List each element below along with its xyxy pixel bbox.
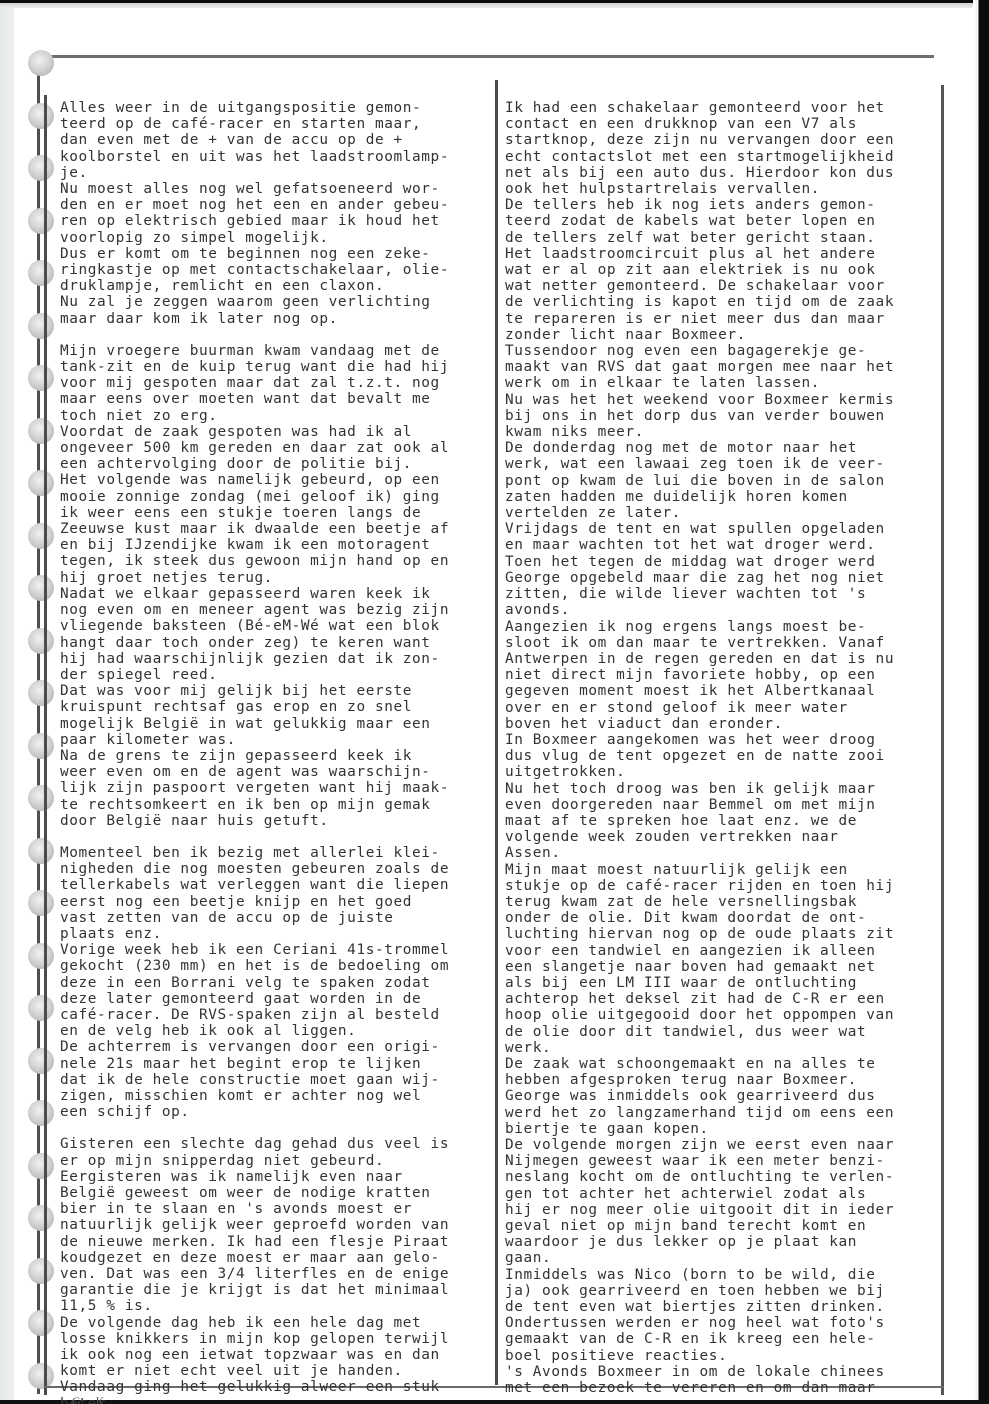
top-rule: [34, 55, 934, 58]
text-line: 's Avonds Boxmeer in om de lokale chinee…: [505, 1364, 929, 1380]
text-line: maakt van RVS dat gaat morgen mee naar h…: [505, 359, 929, 375]
paragraph: De volgende dag heb ik een hele dag metl…: [60, 1315, 484, 1380]
paragraph: De tellers heb ik nog iets anders gemon-…: [505, 197, 929, 246]
paragraph: Voordat de zaak gespoten was had ik alon…: [60, 424, 484, 473]
text-line: waardoor je dus lekker op je plaat kan: [505, 1234, 929, 1250]
paragraph: Nu zal je zeggen waarom geen verlichting…: [60, 294, 484, 326]
paragraph: Gisteren een slechte dag gehad dus veel …: [60, 1136, 484, 1168]
paragraph: Het laadstroomcircuit plus al het andere…: [505, 246, 929, 343]
text-line: 11,5 % is.: [60, 1298, 484, 1314]
paragraph: Vrijdags de tent en wat spullen opgelade…: [505, 521, 929, 618]
text-line: dus vlug de tent opgezet en de natte zoo…: [505, 748, 929, 764]
scan-edge-left: [0, 0, 14, 1404]
binding-ring: [28, 890, 54, 916]
text-line: terug kwam zat de hele versnellingsbak: [505, 894, 929, 910]
column-frame-right: [941, 85, 944, 1395]
text-line: Toen het tegen de middag wat droger werd: [505, 554, 929, 570]
text-line: startknop, deze zijn nu vervangen door e…: [505, 132, 929, 148]
binding-ring: [28, 103, 54, 129]
text-line: hangt daar toch onder zeg) te keren want: [60, 635, 484, 651]
text-line: koudgezet en deze moest er maar aan gelo…: [60, 1250, 484, 1266]
text-line: net als bij een auto dus. Hierdoor kon d…: [505, 165, 929, 181]
text-line: je.: [60, 165, 484, 181]
text-line: Vandaag ging het gelukkig alweer een stu…: [60, 1379, 484, 1395]
text-line: ja) ook gearriveerd en toen hebben we bi…: [505, 1283, 929, 1299]
binding-ring: [28, 1205, 54, 1231]
text-line: Dat was voor mij gelijk bij het eerste: [60, 683, 484, 699]
text-line: De zaak wat schoongemaakt en na alles te: [505, 1056, 929, 1072]
text-line: kruispunt rechtsaf gas erop en zo snel: [60, 699, 484, 715]
text-line: niet direct mijn favoriete hobby, op een: [505, 667, 929, 683]
text-line: mogelijk België in wat gelukkig maar een: [60, 716, 484, 732]
text-line: nigheden die nog moesten gebeuren zoals …: [60, 861, 484, 877]
binding-ring: [28, 1258, 54, 1284]
paragraph: In Boxmeer aangekomen was het weer droog…: [505, 732, 929, 781]
text-line: teerd zodat de kabels wat beter lopen en: [505, 213, 929, 229]
text-line: den en er moet nog het een en ander gebe…: [60, 197, 484, 213]
text-line: Alles weer in de uitgangspositie gemon-: [60, 100, 484, 116]
text-line: ren op elektrisch gebied maar ik houd he…: [60, 213, 484, 229]
text-line: uitgetrokken.: [505, 764, 929, 780]
text-line: teerd op de café-racer en starten maar,: [60, 116, 484, 132]
text-line: café-racer. De RVS-spaken zijn al bestel…: [60, 1007, 484, 1023]
text-line: België geweest om weer de nodige kratten: [60, 1185, 484, 1201]
text-line: achterop het deksel zit had de C-R er ee…: [505, 991, 929, 1007]
text-line: losse knikkers in mijn kop gelopen terwi…: [60, 1331, 484, 1347]
paragraph: Ondertussen werden er nog heel wat foto'…: [505, 1315, 929, 1364]
text-line: boel positieve reacties.: [505, 1348, 929, 1364]
paragraph: Het volgende was namelijk gebeurd, op ee…: [60, 472, 484, 585]
paragraph: 's Avonds Boxmeer in om de lokale chinee…: [505, 1364, 929, 1396]
text-line: ven. Dat was een 3/4 literfles en de eni…: [60, 1266, 484, 1282]
text-line: contact en een drukknop van een V7 als: [505, 116, 929, 132]
text-line: Nu zal je zeggen waarom geen verlichting: [60, 294, 484, 310]
text-line: Momenteel ben ik bezig met allerlei klei…: [60, 845, 484, 861]
paragraph: Inmiddels was Nico (born to be wild, die…: [505, 1267, 929, 1316]
text-line: Inmiddels was Nico (born to be wild, die: [505, 1267, 929, 1283]
text-line: neslang kocht om de ontluchting te verle…: [505, 1169, 929, 1185]
text-line: een slangetje naar boven had gemaakt net: [505, 959, 929, 975]
text-line: Ik had een schakelaar gemonteerd voor he…: [505, 100, 929, 116]
text-line: onder de olie. Dit kwam doordat de ont-: [505, 910, 929, 926]
paragraph: Na de grens te zijn gepasseerd keek ikwe…: [60, 748, 484, 829]
text-line: de olie door dit tandwiel, dus weer wat: [505, 1024, 929, 1040]
text-line: deze in een Borrani velg te spaken zodat: [60, 975, 484, 991]
text-line: mooie zonnige zondag (mei geloof ik) gin…: [60, 489, 484, 505]
binding-ring: [28, 943, 54, 969]
paragraph: Ik had een schakelaar gemonteerd voor he…: [505, 100, 929, 197]
text-line: voor een tandwiel en aangezien ik alleen: [505, 943, 929, 959]
text-line: voor mij gespoten maar dat zal t.z.t. no…: [60, 375, 484, 391]
binding-ring: [28, 1153, 54, 1179]
text-line: ik weer eens een stukje toeren langs de: [60, 505, 484, 521]
text-line: beter.: [60, 1396, 484, 1404]
binding-ring: [28, 313, 54, 339]
paragraph: De volgende morgen zijn we eerst even na…: [505, 1137, 929, 1267]
text-line: tegen, ik steek dus gewoon mijn hand op …: [60, 553, 484, 569]
text-line: wat netter gemonteerd. De schakelaar voo…: [505, 278, 929, 294]
text-line: garantie die je krijgt is dat het minima…: [60, 1282, 484, 1298]
column-frame-left: [44, 95, 47, 1395]
text-line: er op mijn snipperdag niet gebeurd.: [60, 1153, 484, 1169]
text-line: hij groet netjes terug.: [60, 570, 484, 586]
text-line: te rechtsomkeert en ik ben op mijn gemak: [60, 797, 484, 813]
binding-ring: [28, 838, 54, 864]
text-line: zitten, die wilde liever wachten tot 's: [505, 586, 929, 602]
paragraph: Mijn maat moest natuurlijk gelijk eenstu…: [505, 862, 929, 1056]
text-line: lijk zijn paspoort vergeten want hij maa…: [60, 780, 484, 796]
text-line: gekocht (230 mm) en het is de bedoeling …: [60, 958, 484, 974]
binding-ring: [28, 628, 54, 654]
text-line: volgende week zouden vertrekken naar: [505, 829, 929, 845]
text-line: De achterrem is vervangen door een origi…: [60, 1039, 484, 1055]
text-line: Vorige week heb ik een Ceriani 41s-tromm…: [60, 942, 484, 958]
binding-ring: [28, 155, 54, 181]
text-line: en maar wachten tot het wat droger werd.: [505, 537, 929, 553]
text-line: dan even met de + van de accu op de +: [60, 132, 484, 148]
text-line: Vrijdags de tent en wat spullen opgelade…: [505, 521, 929, 537]
text-line: kwam niks meer.: [505, 424, 929, 440]
scan-edge-right: [973, 0, 989, 1404]
text-line: plaats enz.: [60, 926, 484, 942]
binding-ring: [28, 1310, 54, 1336]
text-line: vast zetten van de accu op de juiste: [60, 910, 484, 926]
text-line: hij er nog meer olie uitgooit dit in ied…: [505, 1202, 929, 1218]
text-line: paar kilometer was.: [60, 732, 484, 748]
text-line: Voordat de zaak gespoten was had ik al: [60, 424, 484, 440]
binding-ring: [28, 575, 54, 601]
paragraph: De zaak wat schoongemaakt en na alles te…: [505, 1056, 929, 1137]
text-line: Na de grens te zijn gepasseerd keek ik: [60, 748, 484, 764]
column-divider: [495, 80, 498, 1385]
text-line: deze later gemonteerd gaat worden in de: [60, 991, 484, 1007]
text-line: over en er stond geloof ik meer water: [505, 700, 929, 716]
text-line: Ondertussen werden er nog heel wat foto'…: [505, 1315, 929, 1331]
text-line: George was inmiddels ook gearriveerd dus: [505, 1088, 929, 1104]
text-line: door België naar huis getuft.: [60, 813, 484, 829]
text-line: weer even om en de agent was waarschijn-: [60, 764, 484, 780]
text-line: vertelden ze later.: [505, 505, 929, 521]
paragraph: Aangezien ik nog ergens langs moest be-s…: [505, 619, 929, 732]
text-line: sloot ik om dan maar te vertrekken. Vana…: [505, 635, 929, 651]
text-line: en bij IJzendijke kwam ik een motoragent: [60, 537, 484, 553]
paragraph: Nu moest alles nog wel gefatsoeneerd wor…: [60, 181, 484, 246]
text-line: ik ook nog een ietwat topzwaar was en da…: [60, 1347, 484, 1363]
text-line: luchting hiervan nog op de oude plaats z…: [505, 926, 929, 942]
text-line: werk om in elkaar te laten lassen.: [505, 375, 929, 391]
text-line: bier in te slaan en 's avonds moest er: [60, 1201, 484, 1217]
text-line: de tent even wat biertjes zitten drinken…: [505, 1299, 929, 1315]
text-line: boven het viaduct dan eronder.: [505, 716, 929, 732]
text-line: geval niet op mijn band terecht komt en: [505, 1218, 929, 1234]
text-line: werk, wat een lawaai zeg toen ik de veer…: [505, 456, 929, 472]
text-line: een achtervolging door de politie bij.: [60, 456, 484, 472]
text-line: eerst nog een beetje knijp en het goed: [60, 894, 484, 910]
binding-ring: [28, 995, 54, 1021]
text-line: voorlopig zo simpel mogelijk.: [60, 230, 484, 246]
text-line: Nu moest alles nog wel gefatsoeneerd wor…: [60, 181, 484, 197]
text-line: gegeven moment moest ik het Albertkanaal: [505, 683, 929, 699]
paragraph: Vorige week heb ik een Ceriani 41s-tromm…: [60, 942, 484, 1039]
text-line: Dus er komt om te beginnen nog een zeke-: [60, 246, 484, 262]
text-line: komt er niet echt veel uit je handen.: [60, 1363, 484, 1379]
text-line: stukje op de café-racer rijden en toen h…: [505, 878, 929, 894]
binding-ring: [28, 260, 54, 286]
text-line: als bij een LM III waar de ontluchting: [505, 975, 929, 991]
text-line: te repareren is er niet meer dus dan maa…: [505, 311, 929, 327]
text-line: Assen.: [505, 845, 929, 861]
text-line: de tellers zelf wat beter gericht staan.: [505, 230, 929, 246]
text-line: dat ik de hele constructie moet gaan wij…: [60, 1072, 484, 1088]
text-line: maat af te spreken hoe laat enz. we de: [505, 813, 929, 829]
paragraph: Tussendoor nog even een bagagerekje ge-m…: [505, 343, 929, 392]
text-line: met een bezoek te vereren en om dan maar: [505, 1380, 929, 1396]
text-line: Het laadstroomcircuit plus al het andere: [505, 246, 929, 262]
text-line: werk.: [505, 1040, 929, 1056]
text-line: Nadat we elkaar gepasseerd waren keek ik: [60, 586, 484, 602]
text-line: gaan.: [505, 1250, 929, 1266]
text-line: Aangezien ik nog ergens langs moest be-: [505, 619, 929, 635]
text-line: Gisteren een slechte dag gehad dus veel …: [60, 1136, 484, 1152]
footer-fragment: ... G ... K ...: [60, 1394, 116, 1404]
text-line: In Boxmeer aangekomen was het weer droog: [505, 732, 929, 748]
text-line: De volgende dag heb ik een hele dag met: [60, 1315, 484, 1331]
left-column: Alles weer in de uitgangspositie gemon-t…: [60, 100, 484, 1404]
text-line: hij had waarschijnlijk gezien dat ik zon…: [60, 651, 484, 667]
text-line: en de velg heb ik ook al liggen.: [60, 1023, 484, 1039]
text-line: koolborstel en uit was het laadstroomlam…: [60, 149, 484, 165]
text-line: toch niet zo erg.: [60, 408, 484, 424]
text-line: wat er al op zit aan elektriek is nu ook: [505, 262, 929, 278]
text-line: Antwerpen in de regen gereden en dat is …: [505, 651, 929, 667]
binding-ring: [28, 785, 54, 811]
text-line: gemaakt van de C-R en ik kreeg een hele-: [505, 1331, 929, 1347]
binding-ring: [28, 680, 54, 706]
text-line: hoop olie uitgegooid door het oppompen v…: [505, 1007, 929, 1023]
binding-ring: [28, 365, 54, 391]
paragraph: Nadat we elkaar gepasseerd waren keek ik…: [60, 586, 484, 683]
paragraph: Dus er komt om te beginnen nog een zeke-…: [60, 246, 484, 295]
paragraph: Eergisteren was ik namelijk even naarBel…: [60, 1169, 484, 1315]
paragraph: Alles weer in de uitgangspositie gemon-t…: [60, 100, 484, 181]
text-line: De tellers heb ik nog iets anders gemon-: [505, 197, 929, 213]
text-line: Tussendoor nog even een bagagerekje ge-: [505, 343, 929, 359]
text-line: De donderdag nog met de motor naar het: [505, 440, 929, 456]
text-line: bij ons in het dorp dus van verder bouwe…: [505, 408, 929, 424]
text-line: ook het hulpstartrelais vervallen.: [505, 181, 929, 197]
binding-ring: [28, 733, 54, 759]
binding-ring: [28, 50, 54, 76]
text-line: maar eens over moeten want dat bevalt me: [60, 391, 484, 407]
text-line: biertje te gaan kopen.: [505, 1121, 929, 1137]
text-line: ongeveer 500 km gereden en daar zat ook …: [60, 440, 484, 456]
text-line: avonds.: [505, 602, 929, 618]
text-line: der spiegel reed.: [60, 667, 484, 683]
text-line: de nieuwe merken. Ik had een flesje Pira…: [60, 1234, 484, 1250]
text-line: pont op kwam de lui die boven in de salo…: [505, 473, 929, 489]
text-line: nog even om en meneer agent was bezig zi…: [60, 602, 484, 618]
binding-ring: [28, 208, 54, 234]
text-line: tellerkabels wat verleggen want die liep…: [60, 877, 484, 893]
text-line: Mijn vroegere buurman kwam vandaag met d…: [60, 343, 484, 359]
text-line: maar daar kom ik later nog op.: [60, 311, 484, 327]
text-line: gen tot achter het achterwiel zodat als: [505, 1186, 929, 1202]
binding-ring: [28, 1363, 54, 1389]
text-line: vliegende baksteen (Bé-eM-Wé wat een blo…: [60, 618, 484, 634]
text-line: zigen, misschien komt er achter nog wel: [60, 1088, 484, 1104]
paragraph: De donderdag nog met de motor naar hetwe…: [505, 440, 929, 521]
text-line: druklampje, remlicht en een claxon.: [60, 278, 484, 294]
text-line: nele 21s maar het begint erop te lijken: [60, 1056, 484, 1072]
text-line: natuurlijk gelijk weer geproefd worden v…: [60, 1217, 484, 1233]
text-line: echt contactslot met een startmogelijkhe…: [505, 149, 929, 165]
right-column: Ik had een schakelaar gemonteerd voor he…: [505, 100, 929, 1396]
paragraph: Vandaag ging het gelukkig alweer een stu…: [60, 1379, 484, 1404]
paragraph: Nu het toch droog was ben ik gelijk maar…: [505, 781, 929, 862]
text-line: Eergisteren was ik namelijk even naar: [60, 1169, 484, 1185]
paragraph: Dat was voor mij gelijk bij het eerstekr…: [60, 683, 484, 748]
binding-ring: [28, 523, 54, 549]
text-line: De volgende morgen zijn we eerst even na…: [505, 1137, 929, 1153]
text-line: Nijmegen geweest waar ik een meter benzi…: [505, 1153, 929, 1169]
text-line: Nu het toch droog was ben ik gelijk maar: [505, 781, 929, 797]
text-line: zaten hadden me duidelijk horen komen: [505, 489, 929, 505]
text-line: Zeeuwse kust maar ik dwaalde een beetje …: [60, 521, 484, 537]
text-line: ringkastje op met contactschakelaar, oli…: [60, 262, 484, 278]
text-line: Het volgende was namelijk gebeurd, op ee…: [60, 472, 484, 488]
binding-ring: [28, 1048, 54, 1074]
binding-ring: [28, 1100, 54, 1126]
paragraph: Momenteel ben ik bezig met allerlei klei…: [60, 845, 484, 942]
text-line: de verlichting is kapot en tijd om de za…: [505, 294, 929, 310]
text-line: George opgebeld maar die zag het nog nie…: [505, 570, 929, 586]
paragraph: Nu was het het weekend voor Boxmeer kerm…: [505, 392, 929, 441]
paragraph: De achterrem is vervangen door een origi…: [60, 1039, 484, 1120]
binding-ring: [28, 418, 54, 444]
text-line: een schijf op.: [60, 1104, 484, 1120]
text-line: Nu was het het weekend voor Boxmeer kerm…: [505, 392, 929, 408]
paragraph: Mijn vroegere buurman kwam vandaag met d…: [60, 343, 484, 424]
text-line: werd het zo langzamerhand tijd om eens e…: [505, 1105, 929, 1121]
text-line: even doorgereden naar Bemmel om met mijn: [505, 797, 929, 813]
text-line: zonder licht naar Boxmeer.: [505, 327, 929, 343]
scan-edge-top: [0, 0, 989, 8]
text-line: tank-zit en de kuip terug want die had h…: [60, 359, 484, 375]
binding-ring: [28, 470, 54, 496]
text-line: Mijn maat moest natuurlijk gelijk een: [505, 862, 929, 878]
text-line: hebben afgesproken terug naar Boxmeer.: [505, 1072, 929, 1088]
